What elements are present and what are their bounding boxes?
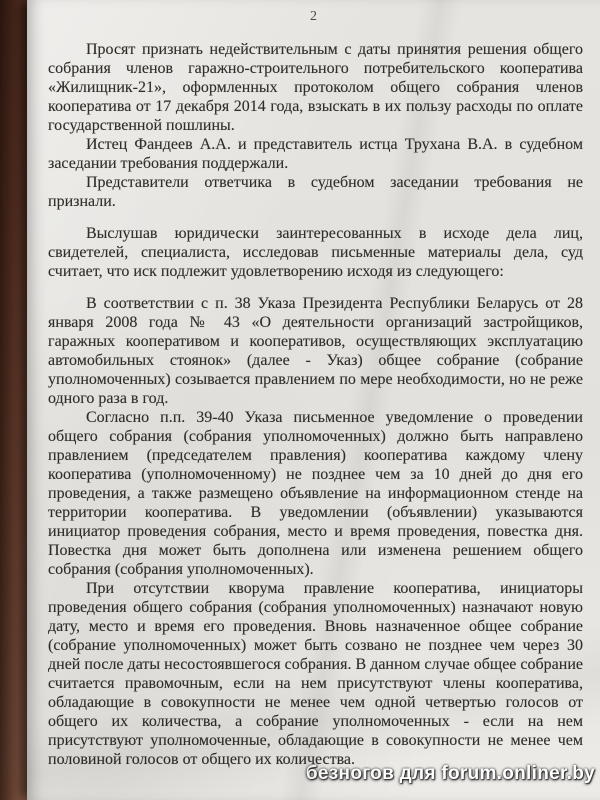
document-paragraph: Истец Фандеев А.А. и представитель истца… (48, 135, 583, 173)
document-paragraph: При отсутствии кворума правление коопера… (48, 579, 583, 769)
document-paragraph: Представители ответчика в судебном засед… (48, 173, 583, 211)
document-paragraph: Согласно п.п. 39-40 Указа письменное уве… (48, 408, 583, 579)
watermark: безногов для forum.onliner.by (306, 763, 595, 785)
document-body: Просят признать недействительным с даты … (48, 40, 583, 769)
page-number: 2 (27, 9, 600, 25)
document-paragraph: Просят признать недействительным с даты … (48, 40, 583, 135)
document-paragraph: Выслушав юридически заинтересованных в и… (48, 224, 583, 281)
document-page: 2 Просят признать недействительным с дат… (27, 0, 600, 800)
document-paragraph: В соответствии с п. 38 Указа Президента … (48, 294, 583, 408)
